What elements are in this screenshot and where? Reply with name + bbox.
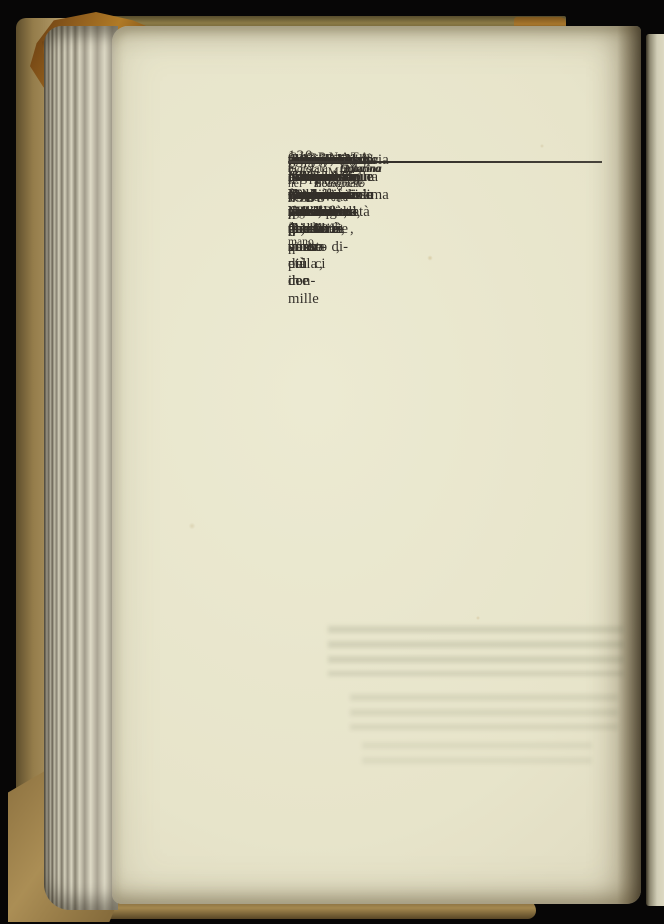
show-through-text	[328, 626, 624, 676]
book-page: 130 GIORNATA DECIMA tutte dall' altezza …	[112, 26, 641, 904]
footnote-text: è stata nel Testo aggiunta da altra mano…	[288, 162, 328, 250]
facing-page-sliver	[646, 34, 664, 906]
book-scan: 130 GIORNATA DECIMA tutte dall' altezza …	[0, 0, 664, 924]
show-through-text	[362, 742, 592, 768]
stacked-page-edges	[44, 26, 118, 910]
show-through-text	[350, 694, 618, 730]
gutter-shadow	[617, 26, 641, 904]
